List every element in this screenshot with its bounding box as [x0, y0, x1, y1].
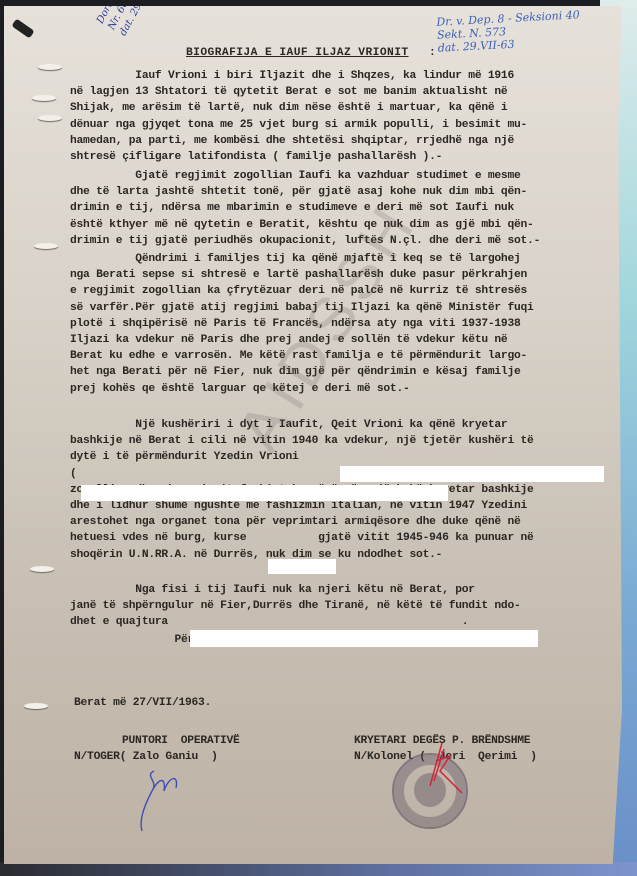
text-line: janë të shpërngulur në Fier,Durrës dhe T…	[70, 600, 521, 612]
text-line: Qëndrimi i familjes tij ka qënë mjaftë i…	[70, 253, 521, 265]
text-line: hetuesi vdes në burg, kurse gjatë vitit …	[70, 532, 534, 544]
text-line: Iauf Vrioni i biri Iljazit dhe i Shqzes,…	[70, 70, 514, 82]
punch-hole	[38, 115, 62, 121]
text-line: shtresë çifligare latifondista ( familje…	[70, 151, 442, 163]
tape-mark	[11, 19, 34, 39]
redaction-box	[81, 485, 448, 501]
text-line: hamedan, pa parti, me kombësi dhe shtetë…	[70, 135, 514, 147]
text-line: e regjimit zogollian ka çfrytëzuar deri …	[70, 285, 527, 297]
punch-hole	[34, 243, 58, 249]
text-line: bashkije në Berat i cili në vitin 1940 k…	[70, 435, 534, 447]
punch-hole	[30, 566, 54, 572]
document-title: BIOGRAFIJA E IAUF ILJAZ VRIONIT	[186, 47, 409, 59]
text-line: arestohet nga organet tona për veprimtar…	[70, 516, 521, 528]
redaction-box	[268, 559, 336, 574]
text-line: shoqërin U.N.RR.A. në Durrës, nuk dim se…	[70, 549, 442, 561]
punch-hole	[24, 703, 48, 709]
punch-hole	[32, 95, 56, 101]
text-line: Shijak, me arësim të lartë, nuk dim nëse…	[70, 102, 507, 114]
text-line: është kthyer më në qytetin e Beratit, kë…	[70, 219, 534, 231]
text-line: prej kohës qe është larguar qe këtej e d…	[70, 383, 410, 395]
text-line: drimin e tij, ndërsa me mbarimin e studi…	[70, 202, 514, 214]
signature-left-icon	[134, 766, 204, 836]
text-line: Gjatë regjimit zogollian Iaufi ka vazhdu…	[70, 170, 521, 182]
document-title-colon: :	[429, 47, 436, 59]
text-line: Nga fisi i tij Iaufi nuk ka njeri këtu n…	[70, 584, 475, 596]
text-line: dytë i të përmëndurit Yzedin Vrioni	[70, 451, 299, 463]
paragraph-5: Nga fisi i tij Iaufi nuk ka njeri këtu n…	[70, 582, 521, 631]
background-bottom	[0, 862, 637, 876]
redaction-box	[340, 466, 604, 482]
text-line: dhe të larta jashtë shtetit tonë, për gj…	[70, 186, 527, 198]
signature-right-icon	[422, 741, 492, 801]
paragraph-2: Gjatë regjimit zogollian Iaufi ka vazhdu…	[70, 168, 540, 249]
text-line: në lagjen 13 Shtatori të qytetit Berat e…	[70, 86, 507, 98]
date-line: Berat më 27/VII/1963.	[74, 695, 211, 711]
text-line: drimin e tij gjatë periudhës okupacionit…	[70, 235, 540, 247]
text-line: dënuar nga gjyqet tona me 25 vjet burg s…	[70, 119, 527, 131]
text-line: dhet e quajtura .	[70, 616, 468, 628]
signatory-left-name: N/TOGER( Zalo Ganiu )	[74, 749, 218, 765]
handwritten-note-right: Dr. v. Dep. 8 - Seksioni 40 Sekt. N. 573…	[436, 8, 581, 54]
paragraph-1: Iauf Vrioni i biri Iljazit dhe i Shqzes,…	[70, 68, 527, 165]
punch-hole	[38, 64, 62, 70]
document-page: Dorezim Nr. 603. dat. 29.7.64 Dr. v. Dep…	[4, 6, 622, 864]
redaction-box	[190, 630, 538, 647]
signatory-left-role: PUNTORI OPERATIVË	[122, 733, 240, 749]
text-line: nga Berati sepse si shtresë e lartë pash…	[70, 269, 527, 281]
handwritten-note-left: Dorezim Nr. 603. dat. 29.7.64	[94, 0, 157, 38]
text-line: dhe i lidhur shumë ngushtë me fashizmin …	[70, 500, 527, 512]
